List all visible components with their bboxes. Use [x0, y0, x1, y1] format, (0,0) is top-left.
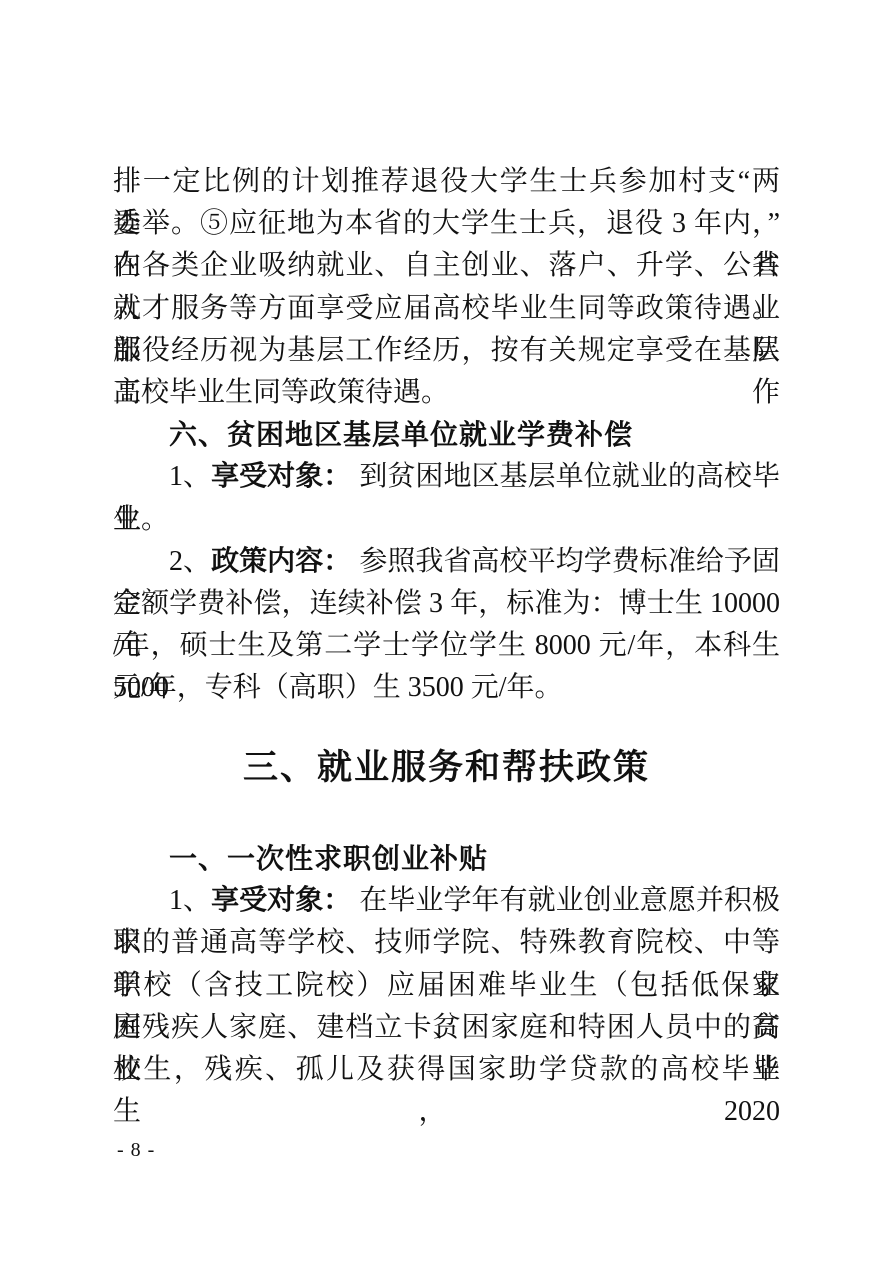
body-line: 元/年，专科（高职）生 3500 元/年。	[113, 667, 780, 709]
body-line: 排一定比例的计划推荐退役大学生士兵参加村支“两委”	[113, 161, 780, 203]
section-heading-six: 六、贫困地区基层单位就业学费补偿	[113, 414, 780, 456]
item-label: 政策内容：	[211, 546, 351, 577]
body-line: 职的普通高等学校、技师学院、特殊教育院校、中等职业	[113, 922, 780, 964]
item-number: 2、	[169, 546, 211, 577]
body-line: 人才服务等方面享受应届高校毕业生同等政策待遇。部队	[113, 288, 780, 330]
lower-text-block: 一、一次性求职创业补贴 1、享受对象：在毕业学年有就业创业意愿并积极求 职的普通…	[113, 838, 780, 1091]
item-label: 享受对象：	[211, 885, 351, 916]
body-line: 金额学费补偿，连续补偿 3 年，标准为：博士生 10000 元	[113, 583, 780, 625]
body-line: 困残疾人家庭、建档立卡贫困家庭和特困人员中的高校毕	[113, 1007, 780, 1049]
upper-text-block: 排一定比例的计划推荐退役大学生士兵参加村支“两委” 选举。⑤应征地为本省的大学生…	[113, 161, 780, 709]
body-line: 业生，残疾、孤儿及获得国家助学贷款的高校毕业生，2020	[113, 1049, 780, 1091]
body-line: 生。	[113, 499, 780, 541]
body-line: 学校（含技工院校）应届困难毕业生（包括低保家庭、贫	[113, 965, 780, 1007]
chapter-heading: 三、就业服务和帮扶政策	[113, 744, 780, 792]
item-number: 1、	[169, 461, 211, 492]
item-label: 享受对象：	[211, 461, 351, 492]
document-page: 排一定比例的计划推荐退役大学生士兵参加村支“两委” 选举。⑤应征地为本省的大学生…	[0, 0, 892, 1262]
page-number: - 8 -	[117, 1138, 155, 1162]
item-line: 1、享受对象：在毕业学年有就业创业意愿并积极求	[113, 880, 780, 922]
body-line: 服役经历视为基层工作经历，按有关规定享受在基层工作	[113, 330, 780, 372]
body-line: /年，硕士生及第二学士学位学生 8000 元/年，本科生 5000	[113, 625, 780, 667]
item-line: 1、享受对象：到贫困地区基层单位就业的高校毕业	[113, 456, 780, 498]
item-number: 1、	[169, 885, 211, 916]
item-line: 2、政策内容：参照我省高校平均学费标准给予固定	[113, 541, 780, 583]
body-line: 内各类企业吸纳就业、自主创业、落户、升学、公共就业	[113, 245, 780, 287]
body-line: 选举。⑤应征地为本省的大学生士兵，退役 3 年内，在省	[113, 203, 780, 245]
section-heading-one: 一、一次性求职创业补贴	[113, 838, 780, 880]
